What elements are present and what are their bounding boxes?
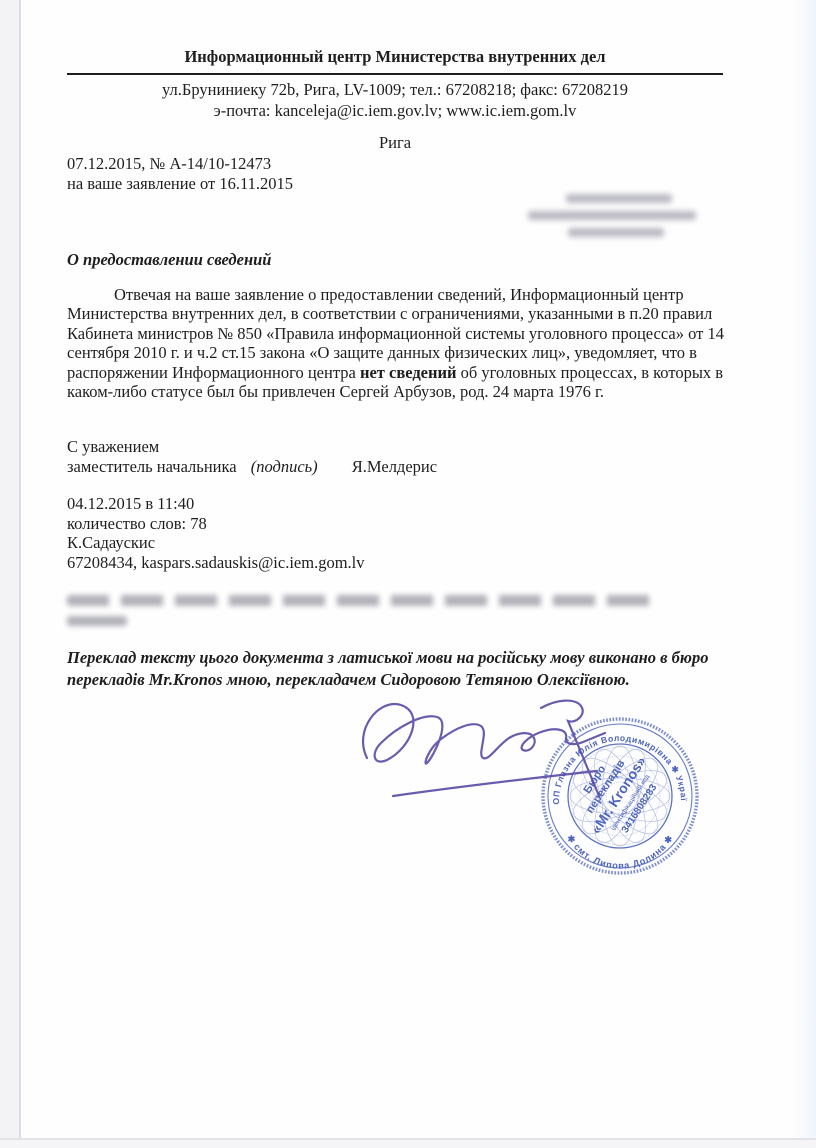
translation-note: Переклад тексту цього документа з латись… [67, 647, 773, 690]
closing-block: С уважением заместитель начальника (подп… [67, 437, 437, 477]
footer-meta-block: 04.12.2015 в 11:40 количество слов: 78 К… [67, 494, 365, 572]
scan-edge-left-band [0, 0, 19, 1148]
redacted-line [528, 211, 696, 220]
redacted-line [568, 228, 664, 237]
redacted-line [67, 595, 653, 606]
letterhead-rule [67, 73, 723, 75]
signer-position: заместитель начальника [67, 457, 237, 476]
subject-line: О предоставлении сведений [67, 250, 271, 270]
redacted-line [566, 194, 672, 203]
signature-stroke-main [363, 704, 605, 764]
meta-contact: 67208434, kaspars.sadauskis@ic.iem.gom.l… [67, 553, 365, 573]
meta-datetime: 04.12.2015 в 11:40 [67, 494, 365, 514]
organization-title: Информационный центр Министерства внутре… [67, 47, 723, 67]
closing-signature-line: заместитель начальника (подпись) Я.Мелде… [67, 457, 437, 477]
body-bold-phrase: нет сведений [360, 363, 457, 382]
body-paragraph: Отвечая на ваше заявление о предоставлен… [67, 285, 761, 401]
stamp-ring-bottom-text: ✱ смт. Липова Долина ✱ [565, 833, 675, 871]
reference-block: 07.12.2015, № А-14/10-12473 на ваше заяв… [67, 154, 293, 193]
address-line: ул.Бруниниеку 72b, Рига, LV-1009; тел.: … [67, 79, 723, 100]
scan-edge-left-line [19, 0, 21, 1148]
city-line: Рига [67, 133, 723, 153]
signature-placeholder-note: (подпись) [251, 457, 318, 476]
redacted-mid-line [67, 595, 653, 626]
svg-text:✱ смт. Липова Долина ✱: ✱ смт. Липова Долина ✱ [565, 833, 675, 871]
scanned-letter-page: Информационный центр Министерства внутре… [0, 0, 816, 1148]
scan-edge-bottom-band [0, 1140, 816, 1148]
meta-clerk-name: К.Садаускис [67, 533, 365, 553]
meta-word-count: количество слов: 78 [67, 514, 365, 534]
closing-salutation: С уважением [67, 437, 437, 457]
redacted-line [67, 616, 127, 626]
signature-stroke-underline [393, 771, 597, 796]
handwritten-signature [335, 686, 665, 826]
reference-number: 07.12.2015, № А-14/10-12473 [67, 154, 293, 174]
reference-reply: на ваше заявление от 16.11.2015 [67, 174, 293, 194]
redacted-recipient-block [524, 194, 700, 245]
email-line: э-почта: kanceleja@ic.iem.gov.lv; www.ic… [67, 100, 723, 121]
scan-edge-right-tint [792, 0, 816, 1148]
signature-stroke-tail [541, 701, 599, 796]
letterhead: Информационный центр Министерства внутре… [67, 47, 723, 121]
signer-name: Я.Мелдерис [352, 457, 437, 476]
